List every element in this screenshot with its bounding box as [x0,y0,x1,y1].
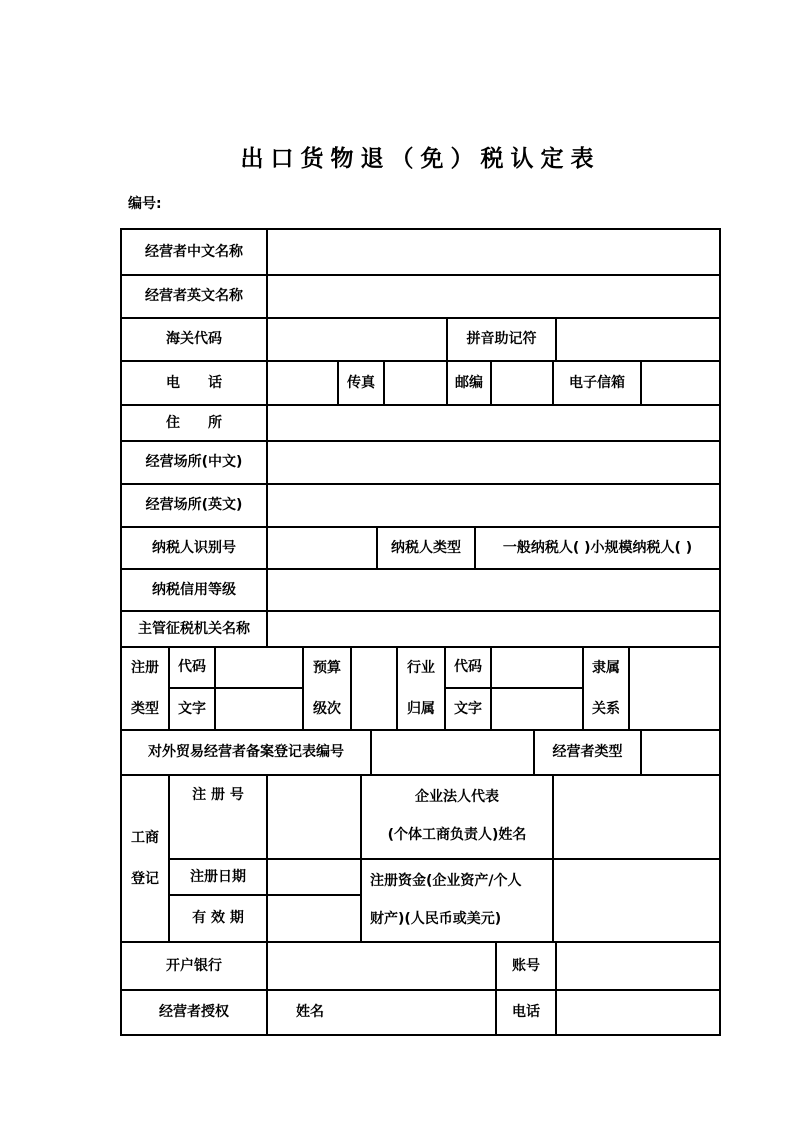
budget-level-label: 预算 级次 [304,648,352,729]
reg-type-code-label: 代码 [170,648,216,687]
reg-no-input[interactable] [268,776,362,858]
form-title: 出口货物退（免）税认定表 [120,140,721,173]
row-customs-code: 海关代码 拼音助记符 [122,319,719,362]
operator-cn-input[interactable] [268,230,719,274]
taxpayer-type-options[interactable]: 一般纳税人( )小规模纳税人( ) [476,528,719,568]
reg-type-text-label: 文字 [170,689,216,729]
industry-text-input[interactable] [492,689,584,729]
industry-code-input[interactable] [492,648,584,687]
auth-phone-input[interactable] [557,991,719,1034]
pinyin-code-input[interactable] [557,319,719,360]
email-input[interactable] [642,362,719,404]
row-operator-auth: 经营者授权 姓名 电话 [122,991,719,1034]
affiliation-input[interactable] [630,648,719,729]
business-reg-label: 工商 登记 [122,776,170,941]
reg-capital-label: 注册资金(企业资产/个人 财产)(人民币或美元) [362,860,554,941]
account-no-label: 账号 [497,943,557,989]
residence-input[interactable] [268,406,719,440]
taxpayer-type-label: 纳税人类型 [378,528,476,568]
reg-type-code-input[interactable] [216,648,304,687]
bank-input[interactable] [268,943,497,989]
row-residence: 住 所 [122,406,719,442]
taxpayer-id-input[interactable] [268,528,378,568]
operator-type-input[interactable] [642,731,719,774]
premises-cn-input[interactable] [268,442,719,483]
phone-input[interactable] [268,362,339,404]
industry-code-label: 代码 [446,648,492,687]
row-phone: 电 话 传真 邮编 电子信箱 [122,362,719,406]
pinyin-code-label: 拼音助记符 [448,319,557,360]
fax-input[interactable] [385,362,448,404]
registration-form-table: 经营者中文名称 经营者英文名称 海关代码 拼音助记符 电 话 传真 邮编 电子信… [120,228,721,1036]
fax-label: 传真 [339,362,385,404]
row-premises-cn: 经营场所(中文) [122,442,719,485]
residence-label: 住 所 [122,406,268,440]
auth-phone-label: 电话 [497,991,557,1034]
operator-type-label: 经营者类型 [535,731,642,774]
row-bank: 开户银行 账号 [122,943,719,991]
postal-input[interactable] [492,362,554,404]
premises-en-input[interactable] [268,485,719,526]
customs-code-label: 海关代码 [122,319,268,360]
reg-date-label: 注册日期 [170,860,268,894]
operator-auth-label: 经营者授权 [122,991,268,1034]
reg-date-input[interactable] [268,860,362,894]
row-operator-cn: 经营者中文名称 [122,230,719,276]
row-business-reg: 工商 登记 注 册 号 企业法人代表 (个体工商负责人)姓名 注册日期 [122,776,719,943]
customs-code-input[interactable] [268,319,448,360]
auth-name-input[interactable]: 姓名 [268,991,497,1034]
tax-credit-label: 纳税信用等级 [122,570,268,610]
row-tax-credit: 纳税信用等级 [122,570,719,612]
premises-cn-label: 经营场所(中文) [122,442,268,483]
reg-type-code-text-group: 代码 文字 [170,648,304,729]
valid-period-input[interactable] [268,896,362,941]
row-reg-type: 注册 类型 代码 文字 预算 级次 行业 归属 代码 [122,648,719,731]
phone-label: 电 话 [122,362,268,404]
reg-type-label: 注册 类型 [122,648,170,729]
valid-period-label: 有 效 期 [170,896,268,941]
reg-date-valid-group: 注册日期 有 效 期 [170,860,362,941]
industry-label: 行业 归属 [398,648,446,729]
row-tax-authority: 主管征税机关名称 [122,612,719,648]
doc-number-label: 编号: [128,193,721,213]
postal-label: 邮编 [448,362,492,404]
operator-en-input[interactable] [268,276,719,317]
business-reg-group: 注 册 号 企业法人代表 (个体工商负责人)姓名 注册日期 有 效 期 [170,776,719,941]
row-premises-en: 经营场所(英文) [122,485,719,528]
document-page: 出口货物退（免）税认定表 编号: 经营者中文名称 经营者英文名称 海关代码 拼音… [120,0,721,1036]
operator-en-label: 经营者英文名称 [122,276,268,317]
premises-en-label: 经营场所(英文) [122,485,268,526]
email-label: 电子信箱 [554,362,642,404]
reg-type-text-input[interactable] [216,689,304,729]
foreign-trade-reg-input[interactable] [372,731,535,774]
account-no-input[interactable] [557,943,719,989]
industry-text-label: 文字 [446,689,492,729]
row-operator-en: 经营者英文名称 [122,276,719,319]
operator-cn-label: 经营者中文名称 [122,230,268,274]
affiliation-label: 隶属 关系 [584,648,630,729]
tax-authority-label: 主管征税机关名称 [122,612,268,646]
row-foreign-trade-reg: 对外贸易经营者备案登记表编号 经营者类型 [122,731,719,776]
tax-authority-input[interactable] [268,612,719,646]
row-taxpayer-id: 纳税人识别号 纳税人类型 一般纳税人( )小规模纳税人( ) [122,528,719,570]
industry-code-text-group: 代码 文字 [446,648,584,729]
reg-no-label: 注 册 号 [170,776,268,858]
legal-rep-label: 企业法人代表 (个体工商负责人)姓名 [362,776,554,858]
auth-name-label: 姓名 [296,1003,324,1022]
tax-credit-input[interactable] [268,570,719,610]
budget-level-input[interactable] [352,648,398,729]
foreign-trade-reg-label: 对外贸易经营者备案登记表编号 [122,731,372,774]
reg-capital-input[interactable] [554,860,719,941]
legal-rep-input[interactable] [554,776,719,858]
bank-label: 开户银行 [122,943,268,989]
taxpayer-id-label: 纳税人识别号 [122,528,268,568]
